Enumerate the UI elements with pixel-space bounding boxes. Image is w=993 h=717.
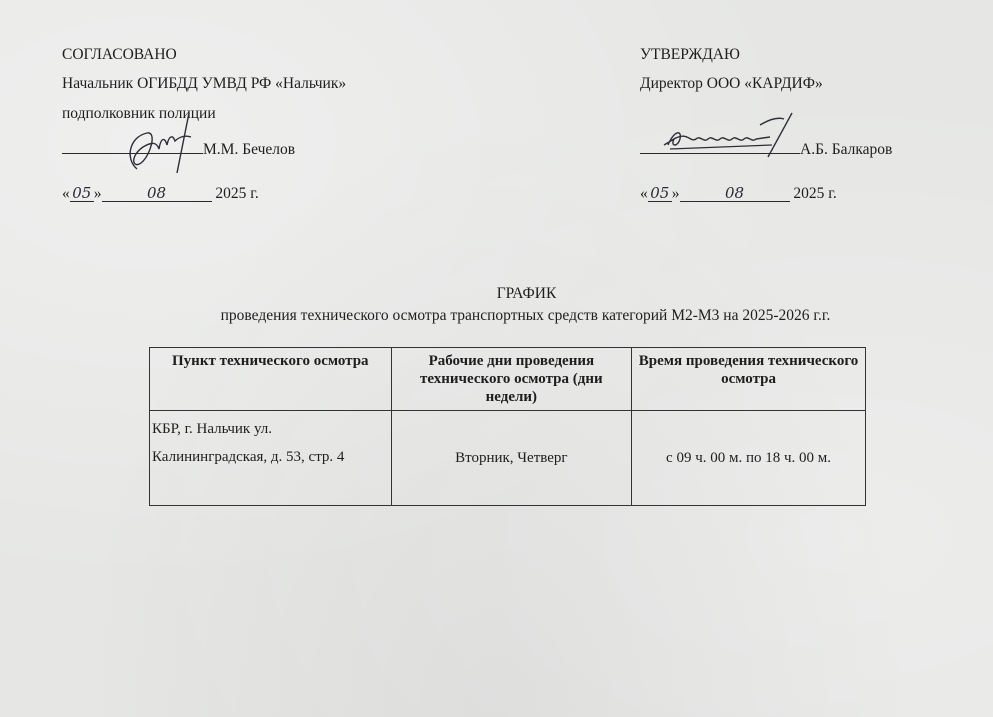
approval-heading-right: УТВЕРЖДАЮ [640,47,740,63]
approver-position-left: Начальник ОГИБДД УМВД РФ «Нальчик» [62,76,346,92]
cell-working-days: Вторник, Четверг [391,411,631,506]
signatory-name-left: М.М. Бечелов [203,141,295,158]
header-location: Пункт технического осмотра [150,348,392,411]
date-day-left: 05 [70,186,94,202]
document-page: СОГЛАСОВАНО Начальник ОГИБДД УМВД РФ «На… [0,0,993,717]
inspection-schedule-table: Пункт технического осмотра Рабочие дни п… [149,347,866,506]
approver-position-right: Директор ООО «КАРДИФ» [640,76,823,92]
header-working-days: Рабочие дни проведения технического осмо… [391,348,631,411]
signatory-name-right: А.Б. Балкаров [800,141,892,158]
approval-date-left: «05»08 2025 г. [62,186,259,202]
date-year-left: 2025 г. [215,185,258,202]
cell-hours: с 09 ч. 00 м. по 18 ч. 00 м. [632,411,866,506]
document-title: ГРАФИК [30,285,993,303]
table-header-row: Пункт технического осмотра Рабочие дни п… [150,348,866,411]
cell-location: КБР, г. Нальчик ул. Калининградская, д. … [150,411,392,506]
table-row: КБР, г. Нальчик ул. Калининградская, д. … [150,411,866,506]
signature-line-right: А.Б. Балкаров [640,139,892,158]
approval-heading-left: СОГЛАСОВАНО [62,47,177,63]
signature-blank-right [640,139,800,154]
signature-blank-left [62,139,203,154]
header-hours: Время проведения технического осмотра [632,348,866,411]
signature-line-left: М.М. Бечелов [62,139,295,158]
date-year-right: 2025 г. [793,185,836,202]
approval-date-right: «05»08 2025 г. [640,186,837,202]
date-day-right: 05 [648,186,672,202]
document-subtitle: проведения технического осмотра транспор… [29,307,993,325]
approver-rank-left: подполковник полиции [62,106,216,122]
date-month-right: 08 [680,186,790,202]
date-month-left: 08 [102,186,212,202]
